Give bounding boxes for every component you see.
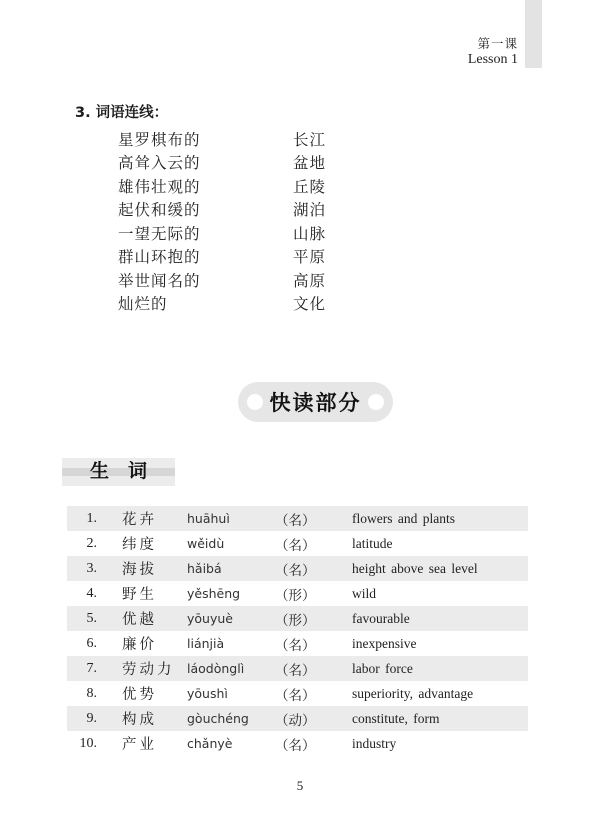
vocab-table: 1. 花卉 huāhuì （名） flowers and plants 2. 纬… <box>67 506 528 756</box>
vocab-section-heading: 生 词 <box>62 458 175 486</box>
vocab-meaning: inexpensive <box>352 636 528 652</box>
vocab-word: 劳动力 <box>122 658 187 679</box>
vocab-part-of-speech: （名） <box>275 634 352 654</box>
vocab-meaning: favourable <box>352 611 528 627</box>
vocab-part-of-speech: （形） <box>275 584 352 604</box>
matching-term: 长江 <box>293 128 326 150</box>
matching-term: 丘陵 <box>293 175 326 197</box>
vocab-meaning: superiority, advantage <box>352 686 528 702</box>
matching-term: 山脉 <box>293 222 326 244</box>
word-matching-row: 举世闻名的 高原 <box>0 268 600 292</box>
vocab-part-of-speech: （名） <box>275 684 352 704</box>
badge-dot-right-icon <box>368 394 384 410</box>
vocab-word: 野生 <box>122 583 187 604</box>
section-badge: 快读部分 <box>238 382 393 422</box>
vocab-number: 8. <box>67 686 97 702</box>
vocab-heading-label: 生 词 <box>62 458 175 486</box>
vocab-part-of-speech: （动） <box>275 709 352 729</box>
matching-phrase: 雄伟壮观的 <box>118 175 293 197</box>
vocab-part-of-speech: （名） <box>275 659 352 679</box>
vocab-meaning: labor force <box>352 661 528 677</box>
vocab-number: 3. <box>67 561 97 577</box>
vocab-row: 10. 产业 chǎnyè （名） industry <box>67 731 528 756</box>
matching-phrase: 灿烂的 <box>118 292 293 314</box>
word-matching-list: 星罗棋布的 长江 高耸入云的 盆地 雄伟壮观的 丘陵 起伏和缓的 湖泊 一望无际… <box>0 127 600 315</box>
vocab-row: 1. 花卉 huāhuì （名） flowers and plants <box>67 506 528 531</box>
matching-term: 盆地 <box>293 151 326 173</box>
vocab-pinyin: huāhuì <box>187 511 275 526</box>
matching-phrase: 高耸入云的 <box>118 151 293 173</box>
word-matching-row: 雄伟壮观的 丘陵 <box>0 174 600 198</box>
vocab-row: 5. 优越 yōuyuè （形） favourable <box>67 606 528 631</box>
section-badge-label: 快读部分 <box>270 387 362 417</box>
textbook-page: 第一课 Lesson 1 3. 词语连线： 星罗棋布的 长江 高耸入云的 盆地 … <box>0 0 600 836</box>
vocab-part-of-speech: （名） <box>275 534 352 554</box>
vocab-word: 花卉 <box>122 508 187 529</box>
vocab-row: 4. 野生 yěshēng （形） wild <box>67 581 528 606</box>
matching-phrase: 一望无际的 <box>118 222 293 244</box>
vocab-meaning: height above sea level <box>352 561 528 577</box>
word-matching-row: 群山环抱的 平原 <box>0 245 600 269</box>
vocab-word: 构成 <box>122 708 187 729</box>
vocab-word: 纬度 <box>122 533 187 554</box>
vocab-word: 产业 <box>122 733 187 754</box>
matching-phrase: 举世闻名的 <box>118 269 293 291</box>
vocab-number: 6. <box>67 636 97 652</box>
lesson-header: 第一课 Lesson 1 <box>468 36 518 68</box>
vocab-number: 1. <box>67 511 97 527</box>
vocab-pinyin: wěidù <box>187 536 275 551</box>
vocab-pinyin: chǎnyè <box>187 736 275 751</box>
matching-term: 文化 <box>293 292 326 314</box>
vocab-word: 优势 <box>122 683 187 704</box>
vocab-part-of-speech: （名） <box>275 559 352 579</box>
vocab-number: 5. <box>67 611 97 627</box>
vocab-pinyin: gòuchéng <box>187 711 275 726</box>
vocab-pinyin: yōuyuè <box>187 611 275 626</box>
vocab-meaning: wild <box>352 586 528 602</box>
badge-dot-left-icon <box>247 394 263 410</box>
word-matching-row: 星罗棋布的 长江 <box>0 127 600 151</box>
vocab-part-of-speech: （名） <box>275 509 352 529</box>
vocab-meaning: constitute, form <box>352 711 528 727</box>
vocab-pinyin: liánjià <box>187 636 275 651</box>
vocab-meaning: flowers and plants <box>352 511 528 527</box>
matching-term: 高原 <box>293 269 326 291</box>
page-number: 5 <box>0 778 600 794</box>
vocab-number: 7. <box>67 661 97 677</box>
vocab-meaning: industry <box>352 736 528 752</box>
vocab-row: 8. 优势 yōushì （名） superiority, advantage <box>67 681 528 706</box>
vocab-number: 4. <box>67 586 97 602</box>
exercise-title: 3. 词语连线： <box>75 101 168 122</box>
word-matching-row: 起伏和缓的 湖泊 <box>0 198 600 222</box>
vocab-word: 优越 <box>122 608 187 629</box>
vocab-pinyin: yěshēng <box>187 586 275 601</box>
vocab-number: 10. <box>67 736 97 752</box>
vocab-part-of-speech: （名） <box>275 734 352 754</box>
matching-phrase: 群山环抱的 <box>118 245 293 267</box>
vocab-word: 海拔 <box>122 558 187 579</box>
vocab-pinyin: yōushì <box>187 686 275 701</box>
vocab-part-of-speech: （形） <box>275 609 352 629</box>
vocab-word: 廉价 <box>122 633 187 654</box>
vocab-number: 9. <box>67 711 97 727</box>
header-accent-bar <box>525 0 542 68</box>
word-matching-row: 高耸入云的 盆地 <box>0 151 600 175</box>
matching-phrase: 星罗棋布的 <box>118 128 293 150</box>
matching-phrase: 起伏和缓的 <box>118 198 293 220</box>
lesson-title-english: Lesson 1 <box>468 52 518 68</box>
vocab-row: 2. 纬度 wěidù （名） latitude <box>67 531 528 556</box>
lesson-title-chinese: 第一课 <box>468 36 518 52</box>
vocab-number: 2. <box>67 536 97 552</box>
vocab-meaning: latitude <box>352 536 528 552</box>
word-matching-row: 灿烂的 文化 <box>0 292 600 316</box>
vocab-row: 9. 构成 gòuchéng （动） constitute, form <box>67 706 528 731</box>
vocab-pinyin: hǎibá <box>187 561 275 576</box>
vocab-row: 7. 劳动力 láodònglì （名） labor force <box>67 656 528 681</box>
vocab-pinyin: láodònglì <box>187 661 275 676</box>
matching-term: 平原 <box>293 245 326 267</box>
matching-term: 湖泊 <box>293 198 326 220</box>
vocab-row: 6. 廉价 liánjià （名） inexpensive <box>67 631 528 656</box>
vocab-row: 3. 海拔 hǎibá （名） height above sea level <box>67 556 528 581</box>
word-matching-row: 一望无际的 山脉 <box>0 221 600 245</box>
